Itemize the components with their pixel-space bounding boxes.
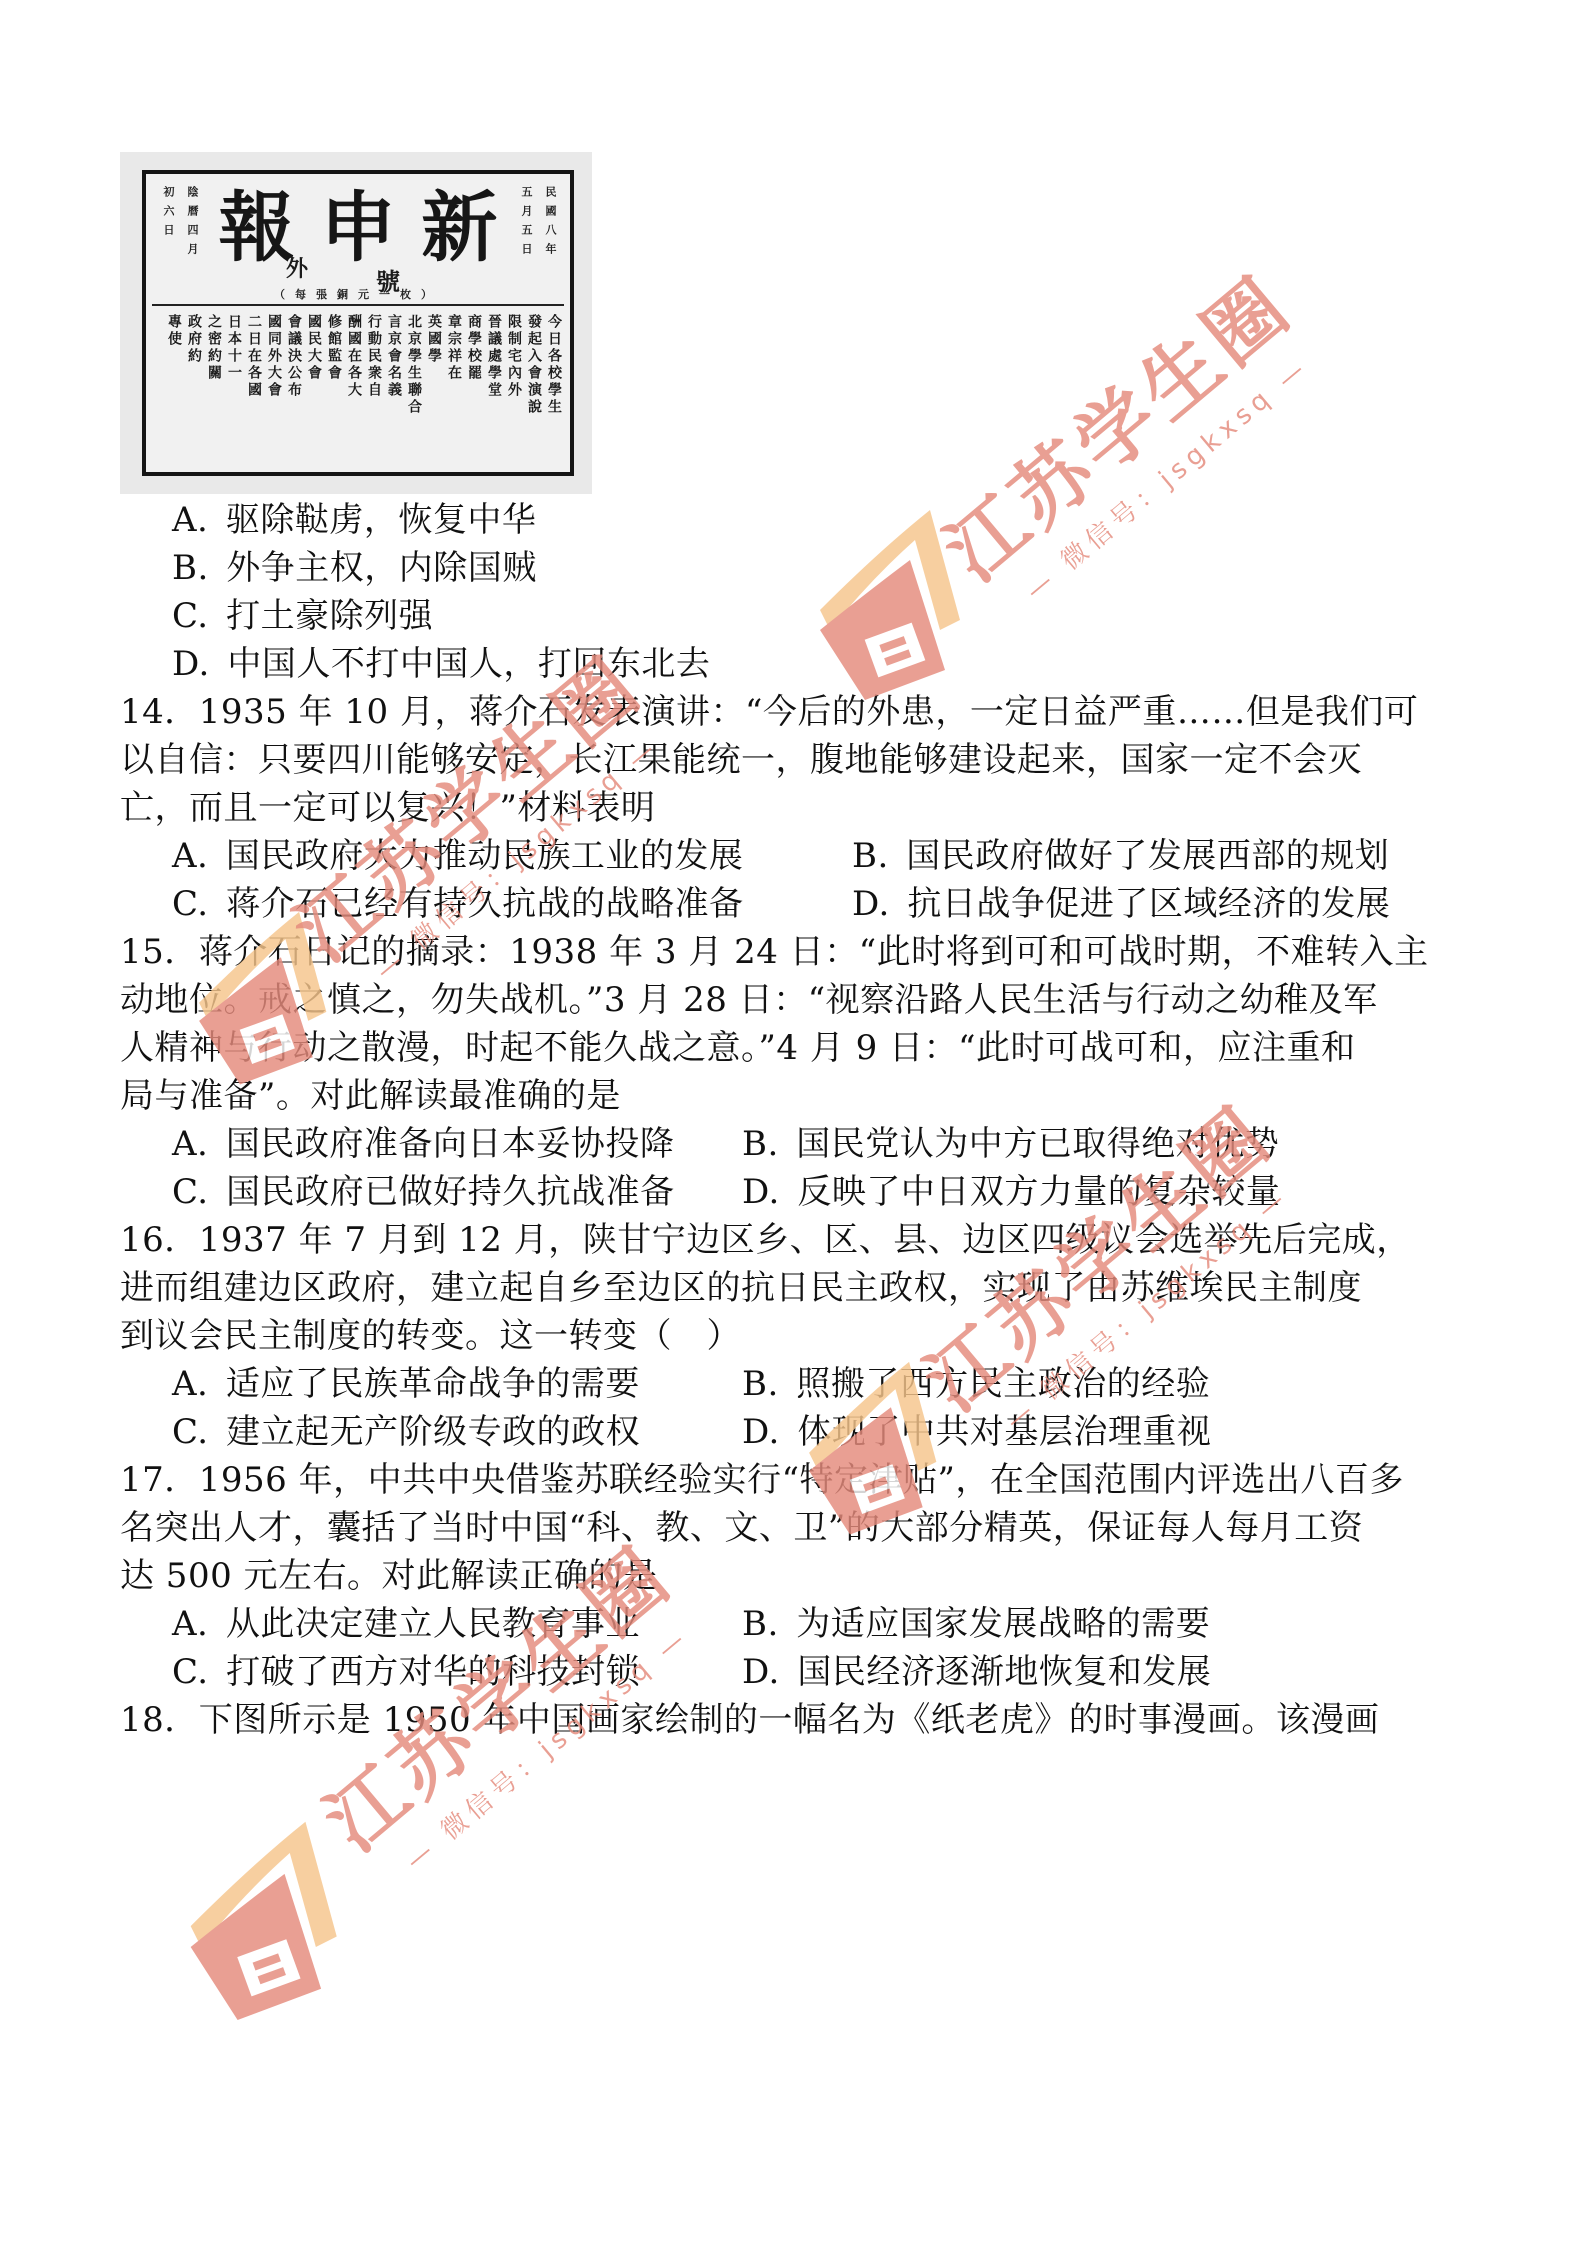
option-d: D. 国民经济逐渐地恢复和发展 <box>742 1650 1211 1694</box>
option-text: 国民政府大力推动民族工业的发展 <box>226 836 744 876</box>
option-text: 国民党认为中方已取得绝对优势 <box>796 1124 1279 1164</box>
newspaper-column: 今日各校學生 <box>545 314 562 466</box>
option-c: C. 蒋介石已经有持久抗战的战略准备 <box>172 882 744 926</box>
option-b: B. 外争主权，内除国贼 <box>172 546 537 590</box>
option-label: A. <box>172 1124 208 1164</box>
option-b: B. 国民党认为中方已取得绝对优势 <box>742 1122 1279 1166</box>
newspaper-figure: 初六日 陰曆四月 五月五日 民國八年 新 申 報 外 號 （每張銅元一枚） 今日… <box>120 152 592 494</box>
watermark-wechat-text: — 微信号：jsgkxsq — <box>1016 347 1316 607</box>
question-stem-line: 局与准备”。对此解读最准确的是 <box>120 1074 621 1118</box>
newspaper-frame: 初六日 陰曆四月 五月五日 民國八年 新 申 報 外 號 （每張銅元一枚） 今日… <box>142 170 574 476</box>
question-stem-line: 名突出人才，囊括了当时中国“科、教、文、卫”的大部分精英，保证每人每月工资 <box>120 1506 1363 1550</box>
option-label: B. <box>742 1364 779 1404</box>
question-stem-line: 进而组建边区政府，建立起自乡至边区的抗日民主政权，实现了由苏维埃民主制度 <box>120 1266 1362 1310</box>
newspaper-column: 章宗祥在 <box>445 314 462 466</box>
masthead-char: 申 <box>320 182 396 274</box>
option-d: D. 体现了中共对基层治理重视 <box>742 1410 1211 1454</box>
option-label: D. <box>852 884 890 924</box>
option-label: C. <box>172 596 209 636</box>
option-c: C. 建立起无产阶级专政的政权 <box>172 1410 640 1454</box>
newspaper-column: 言京會名義 <box>385 314 402 466</box>
option-text: 国民政府已做好持久抗战准备 <box>226 1172 675 1212</box>
option-c: C. 打破了西方对华的科技封锁 <box>172 1650 640 1694</box>
newspaper-column: 日本十一 <box>225 314 242 466</box>
newspaper-column: 國民大會 <box>305 314 322 466</box>
newspaper-column: 二日在各國 <box>245 314 262 466</box>
option-label: D. <box>742 1412 780 1452</box>
option-text: 蒋介石已经有持久抗战的战略准备 <box>226 884 744 924</box>
newspaper-side-text: 初六日 <box>160 186 176 262</box>
option-text: 从此决定建立人民教育事业 <box>226 1604 640 1644</box>
newspaper-column: 之密約關 <box>205 314 222 466</box>
option-d: D. 反映了中日双方力量的复杂较量 <box>742 1170 1280 1214</box>
option-label: C. <box>172 1412 209 1452</box>
question-stem-line: 16．1937 年 7 月到 12 月，陕甘宁边区乡、区、县、边区四级议会选举先… <box>120 1218 1411 1262</box>
exam-page: 初六日 陰曆四月 五月五日 民國八年 新 申 報 外 號 （每張銅元一枚） 今日… <box>0 0 1588 2246</box>
option-a: A. 驱除鞑虏，恢复中华 <box>172 498 536 542</box>
option-text: 打破了西方对华的科技封锁 <box>226 1652 640 1692</box>
option-text: 外争主权，内除国贼 <box>226 548 537 588</box>
newspaper-column: 國同外大會 <box>265 314 282 466</box>
option-text: 国民政府准备向日本妥协投降 <box>226 1124 675 1164</box>
option-label: A. <box>172 1364 208 1404</box>
question-stem-line: 18．下图所示是 1950 年中国画家绘制的一幅名为《纸老虎》的时事漫画。该漫画 <box>120 1698 1379 1742</box>
option-text: 中国人不打中国人，打回东北去 <box>227 644 710 684</box>
newspaper-date-lunar: 初六日 陰曆四月 <box>160 186 200 262</box>
option-text: 适应了民族革命战争的需要 <box>226 1364 640 1404</box>
masthead-char: 新 <box>421 182 497 274</box>
option-text: 为适应国家发展战略的需要 <box>796 1604 1210 1644</box>
option-text: 国民经济逐渐地恢复和发展 <box>797 1652 1211 1692</box>
masthead-extra: 外 <box>286 252 308 283</box>
question-stem-line: 15．蒋介石日记的摘录：1938 年 3 月 24 日：“此时将到可和可战时期，… <box>120 930 1429 974</box>
newspaper-column: 行動民衆自 <box>365 314 382 466</box>
option-b: B. 国民政府做好了发展西部的规划 <box>852 834 1389 878</box>
option-text: 照搬了西方民主政治的经验 <box>796 1364 1210 1404</box>
question-stem-line: 以自信：只要四川能够安定，长江果能统一，腹地能够建设起来，国家一定不会灭 <box>120 738 1362 782</box>
option-text: 反映了中日双方力量的复杂较量 <box>797 1172 1280 1212</box>
newspaper-column: 會議決公布 <box>285 314 302 466</box>
option-text: 建立起无产阶级专政的政权 <box>226 1412 640 1452</box>
watermark-brand-text: 江苏学生圈 <box>918 246 1312 602</box>
option-label: A. <box>172 1604 208 1644</box>
question-stem-line: 动地位。戒之慎之，勿失战机。”3 月 28 日：“视察沿路人民生活与行动之幼稚及… <box>120 978 1378 1022</box>
option-d: D. 抗日战争促进了区域经济的发展 <box>852 882 1390 926</box>
newspaper-side-text: 陰曆四月 <box>184 186 200 262</box>
watermark-logo-icon <box>810 470 1030 700</box>
option-b: B. 为适应国家发展战略的需要 <box>742 1602 1210 1646</box>
option-a: A. 适应了民族革命战争的需要 <box>172 1362 640 1406</box>
question-stem-line: 亡，而且一定可以复兴！”材料表明 <box>120 786 655 830</box>
question-stem-line: 14．1935 年 10 月，蒋介石发表演讲：“今后的外患，一定日益严重……但是… <box>120 690 1418 734</box>
newspaper-column: 限制宅內外 <box>505 314 522 466</box>
newspaper-divider <box>152 304 564 306</box>
newspaper-column: 修館監會 <box>325 314 342 466</box>
watermark-brand: 江苏学生圈 — 微信号：jsgkxsq — <box>980 240 1400 660</box>
newspaper-column: 晉議處學堂 <box>485 314 502 466</box>
option-label: C. <box>172 884 209 924</box>
newspaper-column: 英國學 <box>425 314 442 466</box>
newspaper-column: 專使 <box>165 314 182 466</box>
question-stem-line: 到议会民主制度的转变。这一转变（ ） <box>120 1314 741 1358</box>
newspaper-body: 今日各校學生 發起入會演說 限制宅內外 晉議處學堂 商學校罷 章宗祥在 英國學 … <box>154 314 562 466</box>
option-label: D. <box>172 644 210 684</box>
option-label: C. <box>172 1172 209 1212</box>
question-stem-line: 17．1956 年，中共中央借鉴苏联经验实行“特定津贴”，在全国范围内评选出八百… <box>120 1458 1404 1502</box>
option-b: B. 照搬了西方民主政治的经验 <box>742 1362 1210 1406</box>
newspaper-column: 政府約 <box>185 314 202 466</box>
newspaper-column: 商學校罷 <box>465 314 482 466</box>
watermark-logo-icon <box>180 1780 410 2020</box>
option-label: C. <box>172 1652 209 1692</box>
option-c: C. 打土豪除列强 <box>172 594 433 638</box>
option-a: A. 从此决定建立人民教育事业 <box>172 1602 640 1646</box>
option-label: A. <box>172 500 208 540</box>
option-d: D. 中国人不打中国人，打回东北去 <box>172 642 710 686</box>
option-text: 国民政府做好了发展西部的规划 <box>906 836 1389 876</box>
newspaper-price: （每張銅元一枚） <box>146 286 570 302</box>
newspaper-side-text: 五月五日 <box>518 186 534 262</box>
question-stem-line: 达 500 元左右。对此解读正确的是 <box>120 1554 658 1598</box>
option-label: D. <box>742 1172 780 1212</box>
option-label: B. <box>852 836 889 876</box>
option-text: 驱除鞑虏，恢复中华 <box>226 500 537 540</box>
option-text: 抗日战争促进了区域经济的发展 <box>907 884 1390 924</box>
option-a: A. 国民政府准备向日本妥协投降 <box>172 1122 674 1166</box>
option-label: A. <box>172 836 208 876</box>
option-text: 体现了中共对基层治理重视 <box>797 1412 1211 1452</box>
option-label: B. <box>742 1604 779 1644</box>
newspaper-side-text: 民國八年 <box>542 186 558 262</box>
option-text: 打土豪除列强 <box>226 596 433 636</box>
newspaper-column: 北京學生聯合 <box>405 314 422 466</box>
option-c: C. 国民政府已做好持久抗战准备 <box>172 1170 675 1214</box>
newspaper-column: 酬國在各大 <box>345 314 362 466</box>
option-label: B. <box>742 1124 779 1164</box>
option-label: D. <box>742 1652 780 1692</box>
option-a: A. 国民政府大力推动民族工业的发展 <box>172 834 743 878</box>
masthead-char: 報 <box>219 182 295 274</box>
question-stem-line: 人精神与行动之散漫，时起不能久战之意。”4 月 9 日：“此时可战可和，应注重和 <box>120 1026 1355 1070</box>
newspaper-column: 發起入會演說 <box>525 314 542 466</box>
option-label: B. <box>172 548 209 588</box>
newspaper-masthead: 新 申 報 <box>206 182 510 274</box>
newspaper-date-solar: 五月五日 民國八年 <box>518 186 558 262</box>
